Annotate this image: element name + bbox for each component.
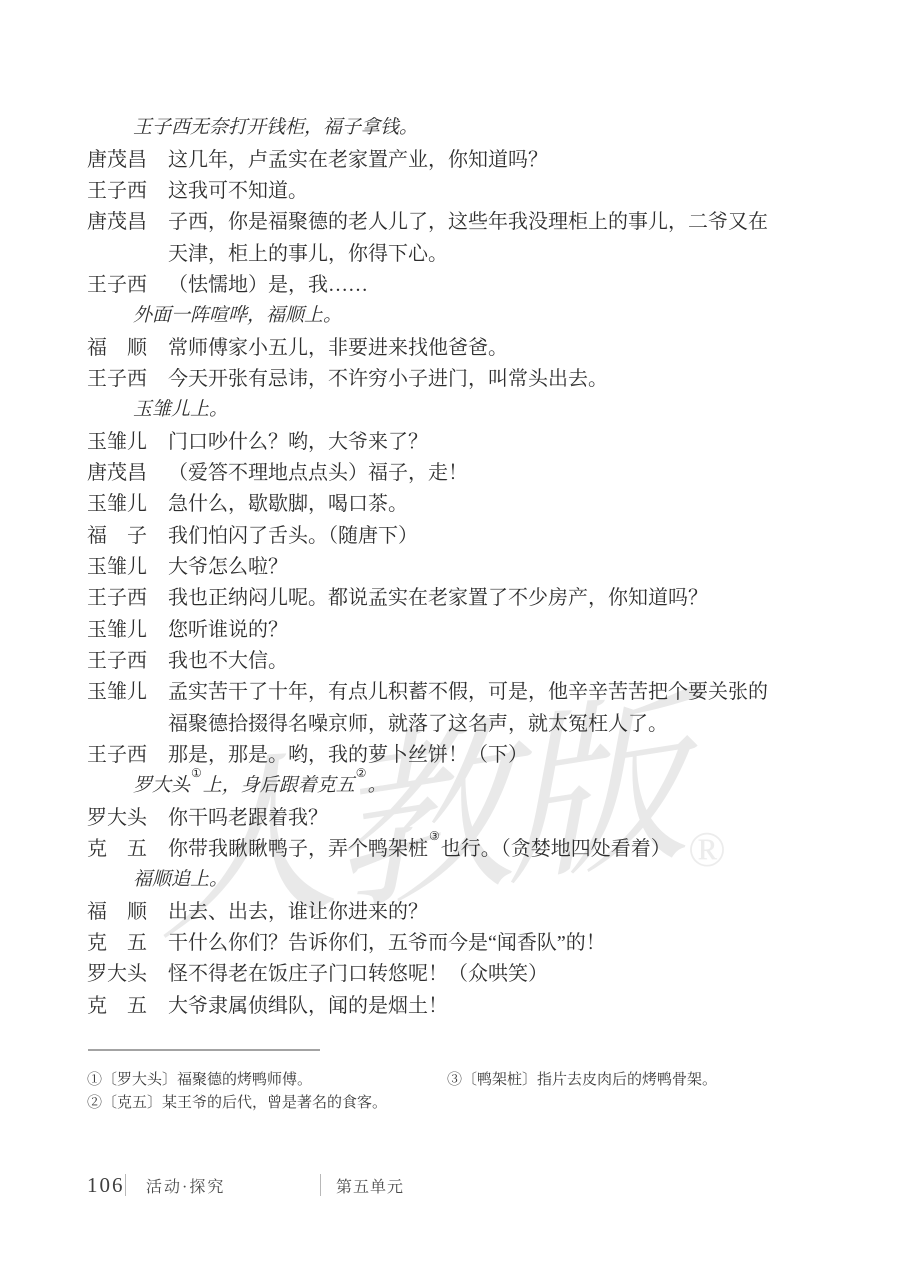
- footnote-column-right: ③〔鸭架桩〕指片去皮肉后的烤鸭骨架。: [447, 1067, 717, 1090]
- speaker-name: 王子西: [87, 581, 147, 610]
- speaker-name: 福 顺: [87, 895, 147, 924]
- stage-direction-line: 玉雏儿上。: [87, 392, 817, 423]
- dialogue-text: 门口吵什么？哟，大爷来了？: [168, 425, 428, 454]
- dialogue-text: （爱答不理地点点头）福子，走！: [168, 456, 468, 485]
- footnote: ①〔罗大头〕福聚德的烤鸭师傅。: [87, 1067, 387, 1090]
- dialogue-text: 怪不得老在饭庄子门口转悠呢！（众哄笑）: [168, 957, 548, 986]
- dialogue-text: 今天开张有忌讳，不许穷小子进门，叫常头出去。: [168, 362, 608, 391]
- dialogue-line: 唐茂昌子西，你是福聚德的老人儿了，这些年我没理柜上的事儿，二爷又在: [87, 204, 817, 235]
- dialogue-continuation-line: 福聚德拾掇得名噪京师，就落了这名声，就太冤枉人了。: [87, 706, 817, 737]
- speaker-name: 克 五: [87, 989, 147, 1018]
- dialogue-line: 罗大头你干吗老跟着我？: [87, 800, 817, 831]
- footer-unit-label: 第五单元: [336, 1174, 404, 1197]
- dialogue-text: 干什么你们？告诉你们，五爷而今是“闻香队”的！: [168, 926, 606, 955]
- dialogue-line: 唐茂昌这几年，卢孟实在老家置产业，你知道吗？: [87, 141, 817, 172]
- dialogue-line: 福 顺出去、出去，谁让你进来的？: [87, 894, 817, 925]
- dialogue-text: 你干吗老跟着我？: [168, 801, 328, 830]
- stage-direction-text: 罗大头①上，身后跟着克五②。: [133, 770, 387, 797]
- speaker-name: 王子西: [87, 174, 147, 203]
- page-number: 106: [87, 1173, 123, 1198]
- speaker-name: 王子西: [87, 738, 147, 767]
- speaker-name: 王子西: [87, 362, 147, 391]
- dialogue-text: 那是，那是。哟，我的萝卜丝饼！（下）: [168, 738, 528, 767]
- dialogue-line: 克 五大爷隶属侦缉队，闻的是烟土！: [87, 988, 817, 1019]
- dialogue-text: 我也不大信。: [168, 644, 288, 673]
- dialogue-text: 福聚德拾掇得名噪京师，就落了这名声，就太冤枉人了。: [87, 707, 668, 736]
- dialogue-line: 王子西那是，那是。哟，我的萝卜丝饼！（下）: [87, 737, 817, 768]
- dialogue-line: 克 五干什么你们？告诉你们，五爷而今是“闻香队”的！: [87, 925, 817, 956]
- speaker-name: 罗大头: [87, 957, 147, 986]
- dialogue-text: 这我可不知道。: [168, 174, 308, 203]
- stage-direction-line: 罗大头①上，身后跟着克五②。: [87, 768, 817, 799]
- dialogue-line: 唐茂昌（爱答不理地点点头）福子，走！: [87, 455, 817, 486]
- dialogue-text: （怯懦地）是，我……: [168, 268, 368, 297]
- textbook-page: 人教版 ® 王子西无奈打开钱柜，福子拿钱。唐茂昌这几年，卢孟实在老家置产业，你知…: [0, 0, 904, 1264]
- dialogue-line: 王子西我也不大信。: [87, 643, 817, 674]
- speaker-name: 唐茂昌: [87, 143, 147, 172]
- dialogue-line: 福 子我们怕闪了舌头。（随唐下）: [87, 517, 817, 548]
- dialogue-text: 您听谁说的？: [168, 613, 288, 642]
- speaker-name: 王子西: [87, 644, 147, 673]
- text-segment: 上，身后跟着克五: [203, 775, 355, 796]
- play-script: 王子西无奈打开钱柜，福子拿钱。唐茂昌这几年，卢孟实在老家置产业，你知道吗？王子西…: [87, 110, 817, 1019]
- footnote-ref-marker: ①: [191, 766, 202, 780]
- footnote-column-left: ①〔罗大头〕福聚德的烤鸭师傅。②〔克五〕某王爷的后代，曾是著名的食客。: [87, 1067, 387, 1113]
- dialogue-line: 王子西我也正纳闷儿呢。都说孟实在老家置了不少房产，你知道吗？: [87, 580, 817, 611]
- stage-direction-line: 王子西无奈打开钱柜，福子拿钱。: [87, 110, 817, 141]
- speaker-name: 玉雏儿: [87, 487, 147, 516]
- stage-direction-text: 玉雏儿上。: [133, 394, 228, 421]
- dialogue-text: 出去、出去，谁让你进来的？: [168, 895, 428, 924]
- footnote-ref-marker: ③: [429, 829, 440, 843]
- dialogue-line: 王子西这我可不知道。: [87, 173, 817, 204]
- footer-section-label: 活动·探究: [146, 1174, 318, 1197]
- dialogue-text: 孟实苦干了十年，有点儿积蓄不假，可是，他辛辛苦苦把个要关张的: [168, 675, 768, 704]
- dialogue-text: 这几年，卢孟实在老家置产业，你知道吗？: [168, 143, 548, 172]
- dialogue-line: 玉雏儿您听谁说的？: [87, 612, 817, 643]
- dialogue-line: 福 顺常师傅家小五儿，非要进来找他爸爸。: [87, 329, 817, 360]
- dialogue-text: 你带我瞅瞅鸭子，弄个鸭架桩③也行。（贪婪地四处看着）: [168, 832, 671, 861]
- speaker-name: 罗大头: [87, 801, 147, 830]
- dialogue-line: 玉雏儿孟实苦干了十年，有点儿积蓄不假，可是，他辛辛苦苦把个要关张的: [87, 674, 817, 705]
- speaker-name: 玉雏儿: [87, 675, 147, 704]
- footnote: ③〔鸭架桩〕指片去皮肉后的烤鸭骨架。: [447, 1067, 717, 1090]
- speaker-name: 玉雏儿: [87, 613, 147, 642]
- stage-direction-text: 福顺追上。: [133, 864, 228, 891]
- dialogue-continuation-line: 天津，柜上的事儿，你得下心。: [87, 235, 817, 266]
- text-segment: 罗大头: [133, 775, 190, 796]
- dialogue-line: 玉雏儿大爷怎么啦？: [87, 549, 817, 580]
- footer-divider: [320, 1174, 321, 1196]
- text-segment: 。: [368, 775, 387, 796]
- footnote-separator: [88, 1049, 320, 1051]
- dialogue-line: 王子西今天开张有忌讳，不许穷小子进门，叫常头出去。: [87, 361, 817, 392]
- dialogue-text: 我们怕闪了舌头。（随唐下）: [168, 519, 418, 548]
- speaker-name: 唐茂昌: [87, 456, 147, 485]
- dialogue-text: 急什么，歇歇脚，喝口茶。: [168, 487, 408, 516]
- dialogue-text: 常师傅家小五儿，非要进来找他爸爸。: [168, 331, 508, 360]
- footnote: ②〔克五〕某王爷的后代，曾是著名的食客。: [87, 1090, 387, 1113]
- stage-direction-line: 福顺追上。: [87, 862, 817, 893]
- speaker-name: 玉雏儿: [87, 550, 147, 579]
- dialogue-text: 子西，你是福聚德的老人儿了，这些年我没理柜上的事儿，二爷又在: [168, 205, 768, 234]
- dialogue-line: 罗大头怪不得老在饭庄子门口转悠呢！（众哄笑）: [87, 956, 817, 987]
- speaker-name: 王子西: [87, 268, 147, 297]
- speaker-name: 克 五: [87, 926, 147, 955]
- dialogue-line: 克 五你带我瞅瞅鸭子，弄个鸭架桩③也行。（贪婪地四处看着）: [87, 831, 817, 862]
- speaker-name: 玉雏儿: [87, 425, 147, 454]
- speaker-name: 唐茂昌: [87, 205, 147, 234]
- dialogue-text: 大爷隶属侦缉队，闻的是烟土！: [168, 989, 448, 1018]
- text-segment: 也行。（贪婪地四处看着）: [441, 838, 671, 860]
- speaker-name: 福 子: [87, 519, 147, 548]
- stage-direction-text: 外面一阵喧哗，福顺上。: [133, 300, 342, 327]
- dialogue-line: 玉雏儿急什么，歇歇脚，喝口茶。: [87, 486, 817, 517]
- footer-divider: [125, 1174, 126, 1196]
- footnote-ref-marker: ②: [356, 766, 367, 780]
- speaker-name: 克 五: [87, 832, 147, 861]
- text-segment: 你带我瞅瞅鸭子，弄个鸭架桩: [168, 838, 428, 860]
- dialogue-text: 我也正纳闷儿呢。都说孟实在老家置了不少房产，你知道吗？: [168, 581, 708, 610]
- stage-direction-text: 王子西无奈打开钱柜，福子拿钱。: [133, 112, 418, 139]
- dialogue-text: 天津，柜上的事儿，你得下心。: [87, 237, 448, 266]
- speaker-name: 福 顺: [87, 331, 147, 360]
- stage-direction-line: 外面一阵喧哗，福顺上。: [87, 298, 817, 329]
- dialogue-text: 大爷怎么啦？: [168, 550, 288, 579]
- dialogue-line: 玉雏儿门口吵什么？哟，大爷来了？: [87, 423, 817, 454]
- page-footer: 106 活动·探究 第五单元: [87, 1172, 404, 1198]
- dialogue-line: 王子西（怯懦地）是，我……: [87, 267, 817, 298]
